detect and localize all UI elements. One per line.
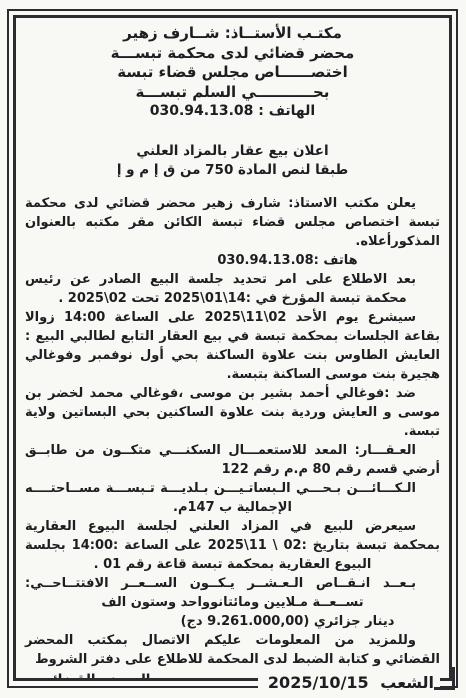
newspaper-footer: الشعب 2025/10/15 — [258, 670, 440, 696]
header-bailiff-line: محضر قضائي لدى محكمة تبســـة — [25, 44, 440, 64]
notice-title-line2: طبقا لنص المادة 750 من ق إ م و إ — [25, 161, 440, 180]
announcement-paragraph: يعلن مكتب الاستاذ: شارف زهير محضر قضائي … — [25, 194, 440, 251]
footer-border-hook — [434, 667, 455, 690]
header-phone-line: الهاتف : 030.94.13.08 — [25, 102, 440, 122]
defendants-paragraph: ضد :فوغالي أحمد بشير بن موسى ،فوغالي محم… — [25, 384, 440, 441]
header-office-line: مكتـب الأستــاذ: شــارف زهير — [25, 24, 440, 44]
court-order-paragraph: بعد الاطلاع على امر تحديد جلسة البيع الص… — [25, 270, 440, 308]
newspaper-name: الشعب — [380, 673, 434, 692]
property-location-paragraph: الـكـــائـــن بـحـــي الـبساتـيـــن بـلد… — [25, 479, 440, 517]
auction-date-paragraph: سيعرض للبيع في المزاد العلني لجلسة البيو… — [25, 517, 440, 574]
notice-title: اعلان بيع عقار بالمزاد العلني طبقا لنص ا… — [25, 142, 440, 180]
notice-body: يعلن مكتب الاستاذ: شارف زهير محضر قضائي … — [25, 194, 440, 682]
opening-price-figures-line: دينار جزائري (9.261.000,00 دج) — [25, 612, 440, 631]
office-header: مكتـب الأستــاذ: شــارف زهير محضر قضائي … — [25, 24, 440, 122]
header-jurisdiction-line: اختصــــــاص مجلس قضاء تبسة — [25, 63, 440, 83]
inner-border-frame: مكتـب الأستــاذ: شــارف زهير محضر قضائي … — [13, 15, 452, 681]
publication-date: 2025/10/15 — [268, 673, 369, 692]
auction-session-paragraph: سيشرع يوم الأحد 02\11\2025 على الساعة 14… — [25, 308, 440, 384]
header-district-line: بحـــــــــــي السلم تبســـة — [25, 83, 440, 103]
contact-info-paragraph: وللمزيد من المعلومات عليكم الاتصال بمكتب… — [25, 631, 440, 669]
opening-price-paragraph: بـعــد انـقــاص الـعـشــر يـكــون الســع… — [25, 574, 440, 612]
office-phone-line: هاتف :030.94.13.08 — [25, 251, 440, 270]
notice-title-line1: اعلان بيع عقار بالمزاد العلني — [25, 142, 440, 161]
scanned-legal-notice-page: مكتـب الأستــاذ: شــارف زهير محضر قضائي … — [0, 0, 466, 698]
property-description-paragraph: العـقـــار: المعد للاستعمـــال السكنـــي… — [25, 441, 440, 479]
